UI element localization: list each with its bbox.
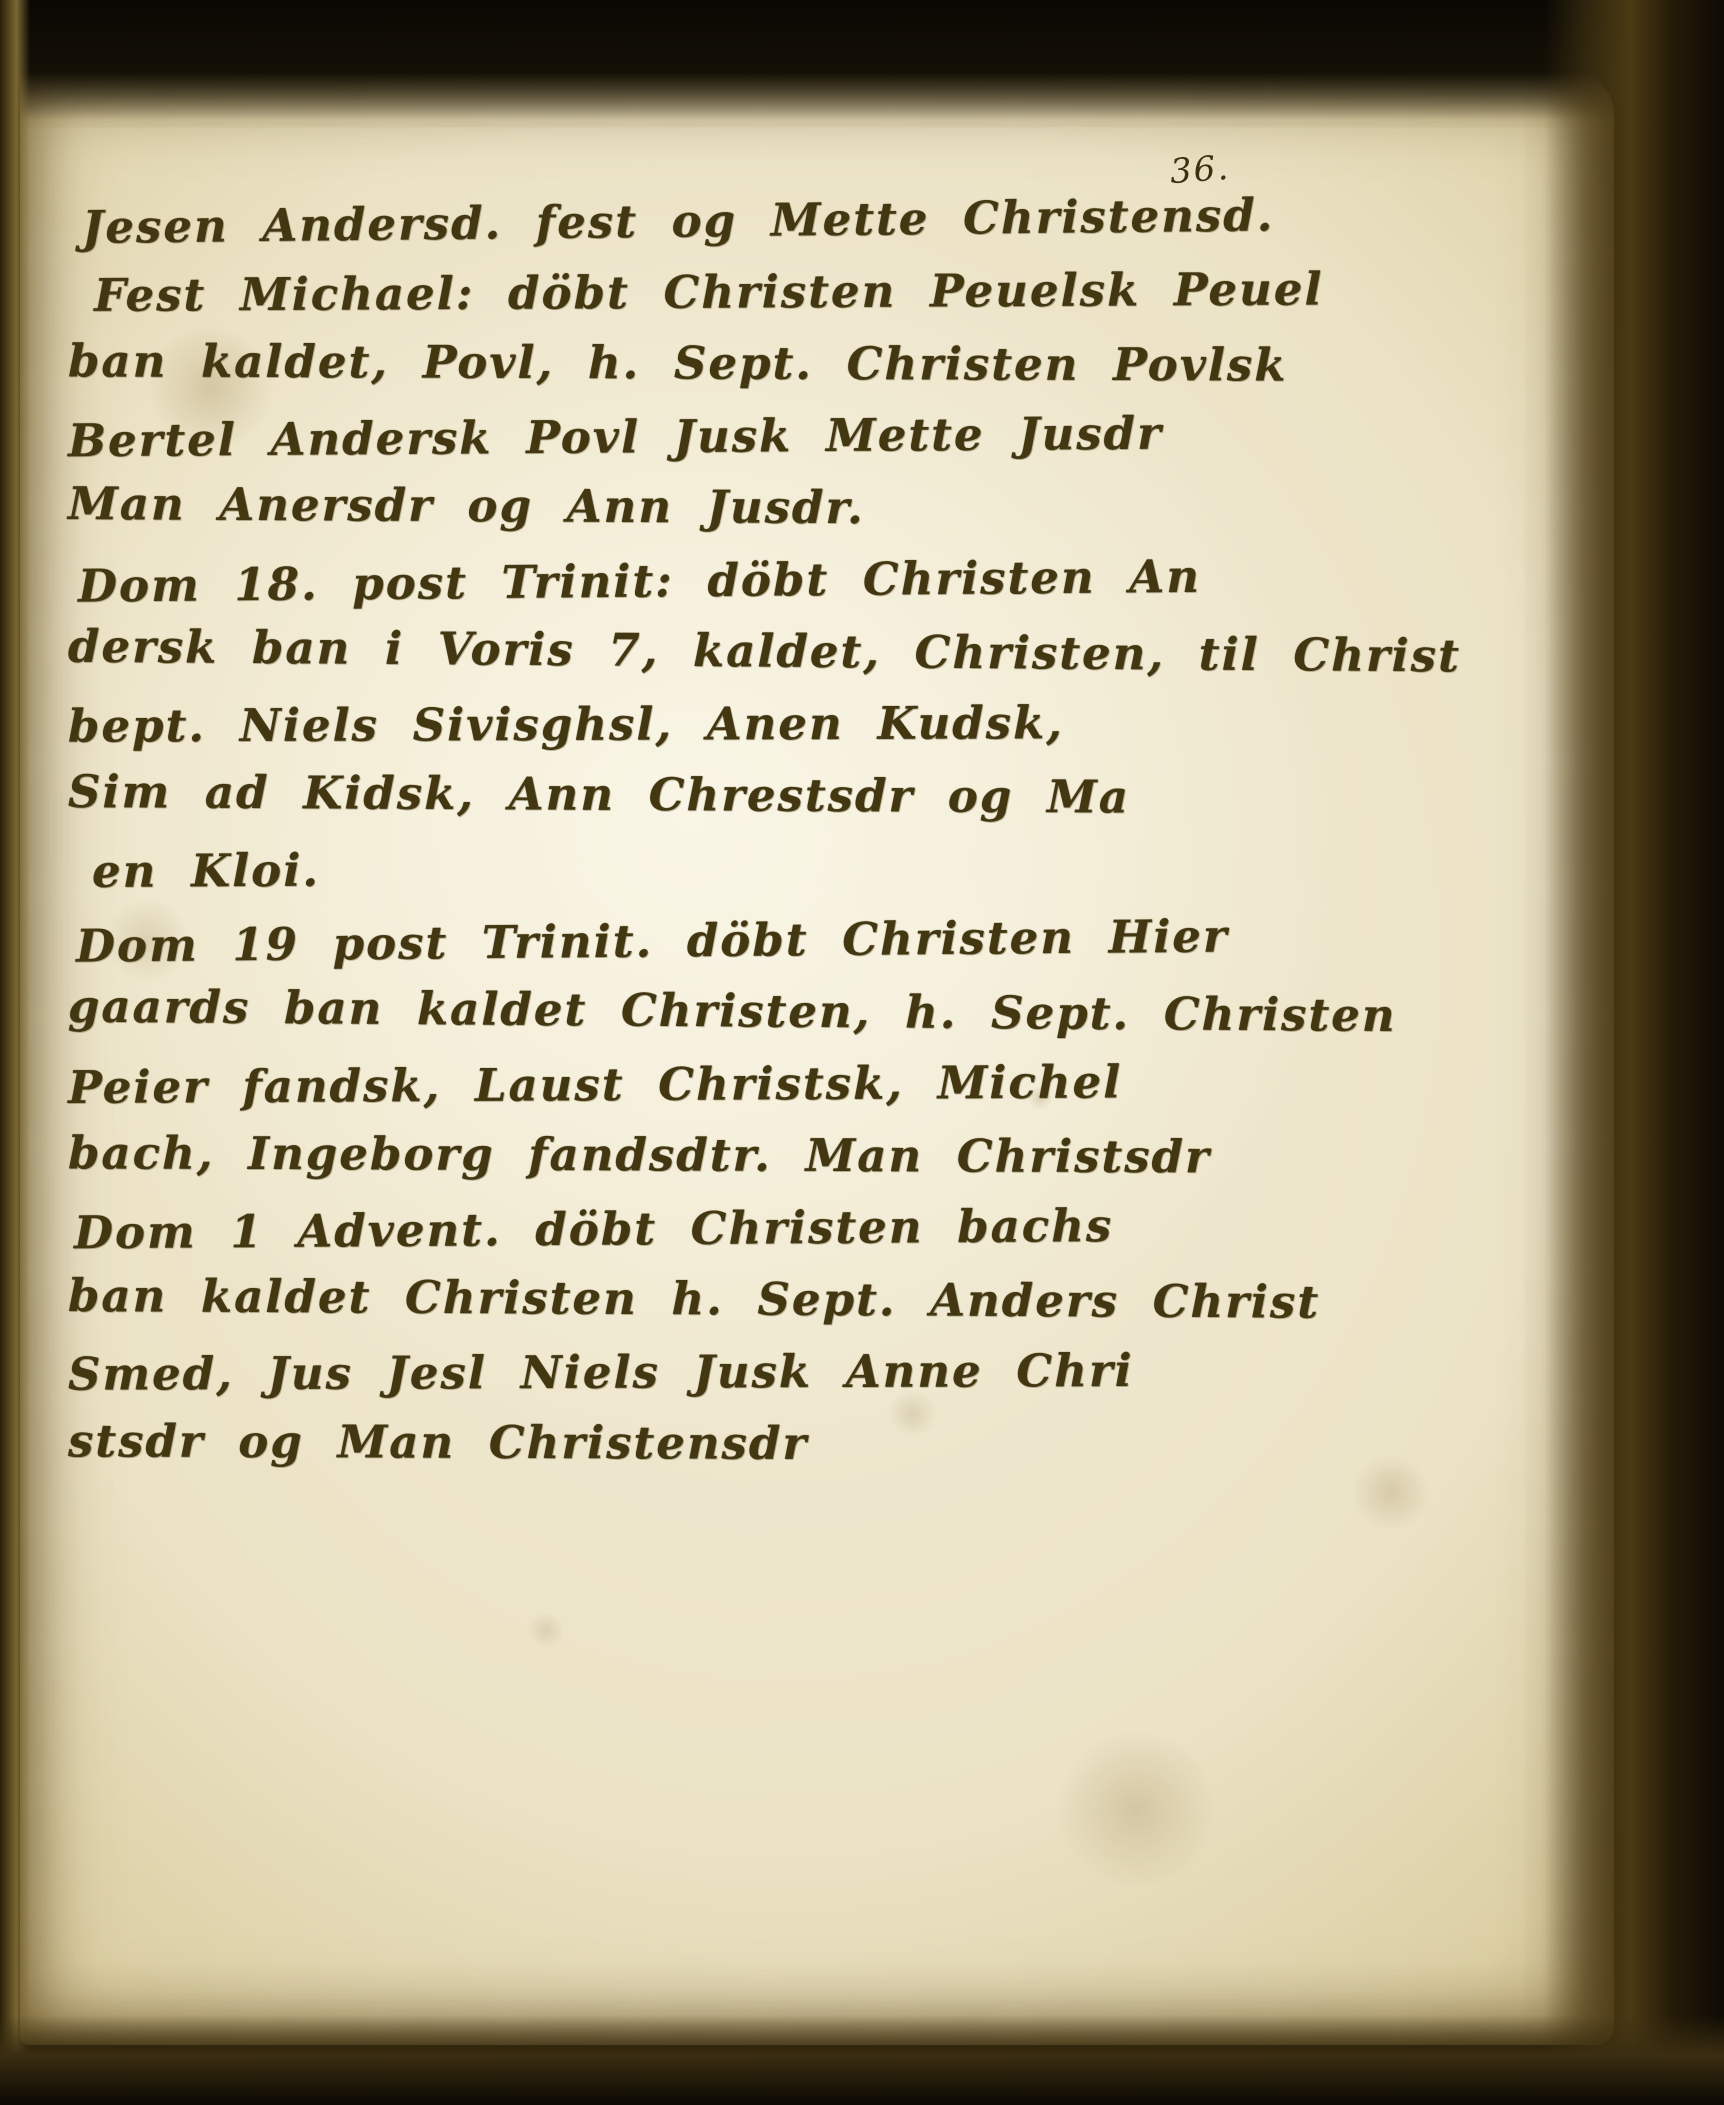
manuscript-line: Bertel Andersk Povl Jusk Mette Jusdr — [68, 395, 1588, 478]
manuscript-line: Jesen Andersd. fest og Mette Christensd. — [82, 176, 1589, 264]
manuscript-text: Jesen Andersd. fest og Mette Christensd.… — [68, 184, 1588, 1480]
scan-dark-bottom-edge — [0, 2015, 1724, 2105]
scan-dark-left-edge — [0, 0, 30, 2105]
manuscript-line: ban kaldet Christen h. Sept. Anders Chri… — [68, 1260, 1588, 1340]
manuscript-line: bept. Niels Sivisghsl, Anen Kudsk, — [68, 685, 1588, 762]
manuscript-line: gaards ban kaldet Christen, h. Sept. Chr… — [68, 971, 1588, 1054]
manuscript-line: Dom 1 Advent. döbt Christen bachs — [74, 1187, 1588, 1270]
manuscript-line: stsdr og Man Christensdr — [68, 1405, 1588, 1482]
manuscript-line: Smed, Jus Jesl Niels Jusk Anne Chri — [68, 1333, 1588, 1410]
manuscript-line: Peier fandsk, Laust Christsk, Michel — [68, 1044, 1588, 1124]
manuscript-line: Man Anersdr og Ann Jusdr. — [68, 468, 1588, 548]
manuscript-line: Dom 18. post Trinit: döbt Christen An — [78, 537, 1589, 622]
manuscript-line: Sim ad Kidsk, Ann Chrestsdr og Ma — [68, 756, 1588, 836]
manuscript-line: en Kloi. — [92, 828, 1588, 908]
manuscript-line: bach, Ingeborg fandsdtr. Man Christsdr — [68, 1117, 1588, 1194]
manuscript-scan: 36. Jesen Andersd. fest og Mette Christe… — [0, 0, 1724, 2105]
scan-dark-top-edge — [0, 0, 1724, 120]
manuscript-page: 36. Jesen Andersd. fest og Mette Christe… — [20, 72, 1614, 2045]
manuscript-line: Fest Michael: döbt Christen Peuelsk Peue… — [94, 252, 1588, 332]
manuscript-line: ban kaldet, Povl, h. Sept. Christen Povl… — [68, 325, 1588, 402]
manuscript-line: Dom 19 post Trinit. döbt Christen Hier — [76, 897, 1589, 982]
manuscript-line: dersk ban i Voris 7, kaldet, Christen, t… — [68, 611, 1588, 694]
